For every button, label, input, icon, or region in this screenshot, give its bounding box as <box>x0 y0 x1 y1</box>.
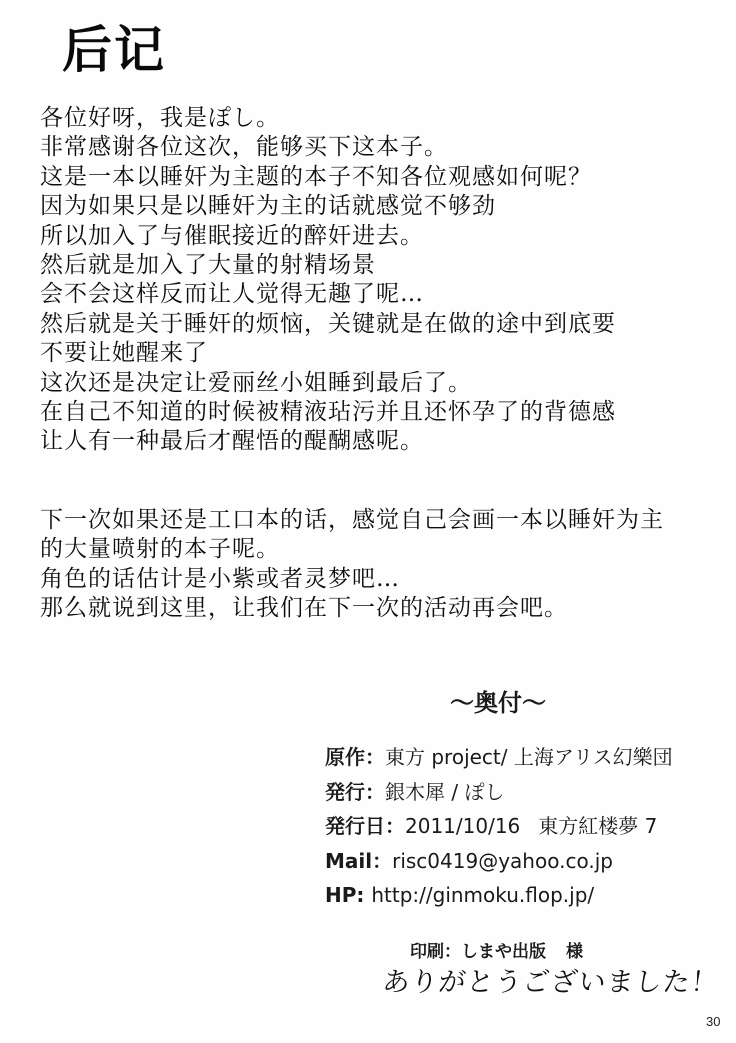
text-line: 的大量喷射的本子呢。 <box>40 535 664 564</box>
text-line: 在自己不知道的时候被精液玷污并且还怀孕了的背德感 <box>40 398 616 427</box>
printer-label: 印刷： <box>410 942 461 962</box>
text-line: 让人有一种最后才醒悟的醍醐感呢。 <box>40 427 616 456</box>
manga-afterword-page: 后记 各位好呀，我是ぽし。 非常感谢各位这次，能够买下这本子。 这是一本以睡奸为… <box>0 0 736 1043</box>
handwritten-thanks: ありがとうございました！ <box>381 960 721 999</box>
row-label: Mail： <box>325 849 392 873</box>
page-number: 30 <box>706 1014 720 1029</box>
colophon-row-original-work: 原作：東方 project/ 上海アリス幻樂団 <box>325 740 673 775</box>
text-line: 各位好呀，我是ぽし。 <box>40 104 616 133</box>
text-line: 非常感谢各位这次，能够买下这本子。 <box>40 133 616 162</box>
text-line: 然后就是加入了大量的射精场景 <box>40 251 616 280</box>
row-label: 原作： <box>325 745 385 769</box>
email-address: risc0419@yahoo.co.jp <box>392 849 613 873</box>
text-line: 这是一本以睡奸为主题的本子不知各位观感如何呢？ <box>40 163 616 192</box>
printer-name: しまや出版 <box>461 942 546 962</box>
colophon-row-publisher: 発行：銀木犀 / ぽし <box>325 775 673 810</box>
text-line: 这次还是决定让爱丽丝小姐睡到最后了。 <box>40 369 616 398</box>
text-line: 然后就是关于睡奸的烦恼，关键就是在做的途中到底要 <box>40 310 616 339</box>
colophon-row-publish-date: 発行日：2011/10/16東方紅楼夢 7 <box>325 809 673 844</box>
row-label: 発行日： <box>325 814 405 838</box>
row-label: 発行： <box>325 780 385 804</box>
text-line: 不要让她醒来了 <box>40 339 616 368</box>
row-value: 2011/10/16 <box>405 814 520 838</box>
printer-honorific: 様 <box>566 942 583 962</box>
event-name: 東方紅楼夢 7 <box>538 814 657 838</box>
text-line: 会不会这样反而让人觉得无趣了呢… <box>40 280 616 309</box>
colophon-heading: ～奥付～ <box>450 683 546 718</box>
homepage-url: http://ginmoku.flop.jp/ <box>371 883 594 907</box>
colophon-details: 原作：東方 project/ 上海アリス幻樂団 発行：銀木犀 / ぽし 発行日：… <box>325 740 673 913</box>
row-value: 銀木犀 / ぽし <box>385 780 504 804</box>
text-line: 因为如果只是以睡奸为主的话就感觉不够劲 <box>40 192 616 221</box>
afterword-paragraph-1: 各位好呀，我是ぽし。 非常感谢各位这次，能够买下这本子。 这是一本以睡奸为主题的… <box>40 104 616 457</box>
text-line: 那么就说到这里，让我们在下一次的活动再会吧。 <box>40 594 664 623</box>
colophon-row-homepage: HP: http://ginmoku.flop.jp/ <box>325 878 673 913</box>
text-line: 下一次如果还是工口本的话，感觉自己会画一本以睡奸为主 <box>40 506 664 535</box>
row-value: 東方 project/ 上海アリス幻樂団 <box>385 745 673 769</box>
afterword-paragraph-2: 下一次如果还是工口本的话，感觉自己会画一本以睡奸为主 的大量喷射的本子呢。 角色… <box>40 506 664 624</box>
row-label: HP: <box>325 883 371 907</box>
text-line: 角色的话估计是小紫或者灵梦吧… <box>40 565 664 594</box>
page-title: 后记 <box>62 20 166 80</box>
printer-credit: 印刷：しまや出版様 <box>410 937 583 962</box>
text-line: 所以加入了与催眠接近的醉奸进去。 <box>40 222 616 251</box>
colophon-row-mail: Mail：risc0419@yahoo.co.jp <box>325 844 673 879</box>
